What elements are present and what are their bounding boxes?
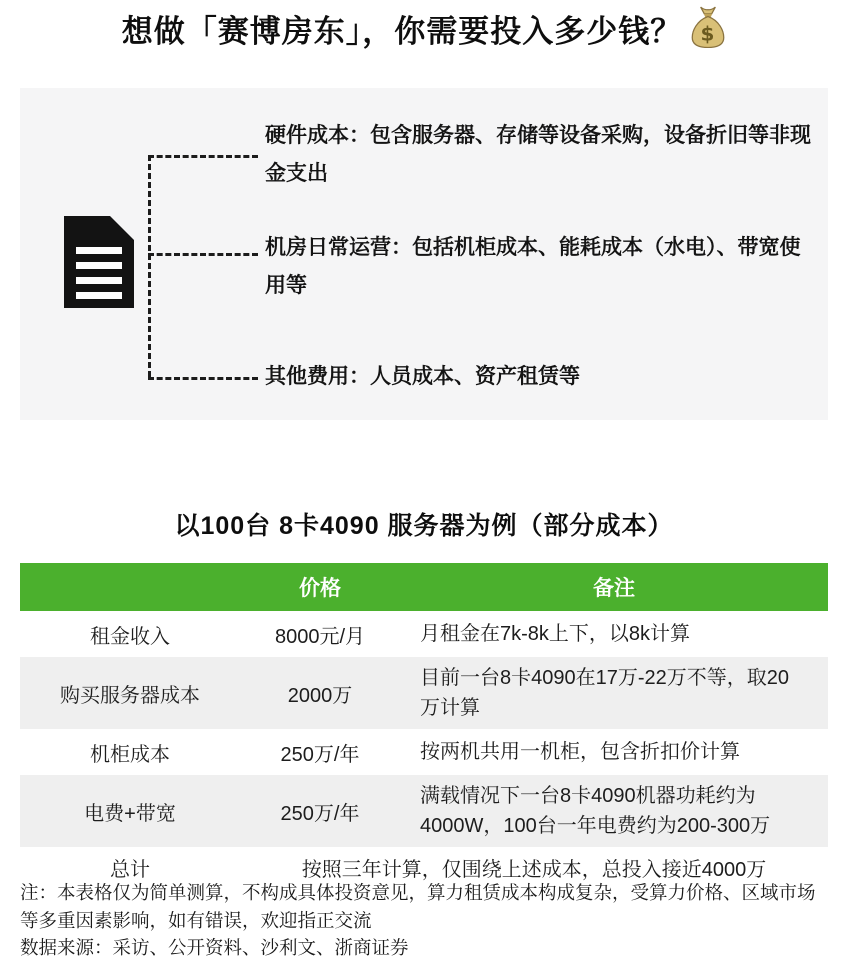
infographic-page: 想做「赛博房东」，你需要投入多少钱？ $ 硬件成本：包含服务 bbox=[0, 0, 848, 974]
svg-text:$: $ bbox=[701, 22, 716, 46]
dashed-connector-vertical bbox=[148, 155, 151, 377]
row-price: 8000元/月 bbox=[240, 611, 400, 657]
dashed-connector-middle bbox=[148, 253, 258, 256]
cost-table: 价格 备注 租金收入 8000元/月 月租金在7k-8k上下，以8k计算 购买服… bbox=[20, 563, 828, 887]
header-note: 备注 bbox=[400, 563, 828, 611]
header-item bbox=[20, 563, 240, 611]
row-label: 购买服务器成本 bbox=[20, 657, 240, 729]
footnote-disclaimer: 注：本表格仅为简单测算，不构成具体投资意见，算力租赁成本构成复杂，受算力价格、区… bbox=[20, 879, 832, 934]
table-header-row: 价格 备注 bbox=[20, 563, 828, 611]
row-label: 机柜成本 bbox=[20, 729, 240, 775]
cost-item-hardware: 硬件成本：包含服务器、存储等设备采购，设备折旧等非现金支出 bbox=[265, 117, 815, 193]
table-row-server-purchase: 购买服务器成本 2000万 目前一台8卡4090在17万-22万不等，取20万计… bbox=[20, 657, 828, 729]
cost-item-other: 其他费用：人员成本、资产租赁等 bbox=[265, 358, 815, 396]
table-row-power-bandwidth: 电费+带宽 250万/年 满载情况下一台8卡4090机器功耗约为4000W，10… bbox=[20, 775, 828, 847]
row-note: 目前一台8卡4090在17万-22万不等，取20万计算 bbox=[400, 657, 828, 729]
row-price: 250万/年 bbox=[240, 775, 400, 847]
table-title: 以100台 8卡4090 服务器为例（部分成本） bbox=[0, 506, 848, 542]
footnotes: 注：本表格仅为简单测算，不构成具体投资意见，算力租赁成本构成复杂，受算力价格、区… bbox=[20, 879, 832, 962]
dashed-connector-bottom bbox=[148, 377, 258, 380]
cost-overview-panel: 硬件成本：包含服务器、存储等设备采购，设备折旧等非现金支出 机房日常运营：包括机… bbox=[20, 88, 828, 420]
document-icon bbox=[64, 216, 134, 313]
table-row-rent-income: 租金收入 8000元/月 月租金在7k-8k上下，以8k计算 bbox=[20, 611, 828, 657]
footnote-source: 数据来源：采访、公开资料、沙利文、浙商证券 bbox=[20, 934, 832, 962]
row-label: 电费+带宽 bbox=[20, 775, 240, 847]
row-note: 按两机共用一机柜，包含折扣价计算 bbox=[400, 729, 828, 775]
page-title: 想做「赛博房东」，你需要投入多少钱？ $ bbox=[0, 6, 848, 56]
table-row-cabinet-cost: 机柜成本 250万/年 按两机共用一机柜，包含折扣价计算 bbox=[20, 729, 828, 775]
dashed-connector-top bbox=[148, 155, 258, 158]
page-title-text: 想做「赛博房东」，你需要投入多少钱？ bbox=[122, 14, 683, 49]
row-price: 250万/年 bbox=[240, 729, 400, 775]
row-label: 租金收入 bbox=[20, 611, 240, 657]
cost-item-operations: 机房日常运营：包括机柜成本、能耗成本（水电）、带宽使用等 bbox=[265, 229, 815, 305]
header-price: 价格 bbox=[240, 563, 400, 611]
row-price: 2000万 bbox=[240, 657, 400, 729]
money-bag-icon: $ bbox=[690, 6, 726, 56]
row-note: 满载情况下一台8卡4090机器功耗约为4000W，100台一年电费约为200-3… bbox=[400, 775, 828, 847]
row-note: 月租金在7k-8k上下，以8k计算 bbox=[400, 611, 828, 657]
